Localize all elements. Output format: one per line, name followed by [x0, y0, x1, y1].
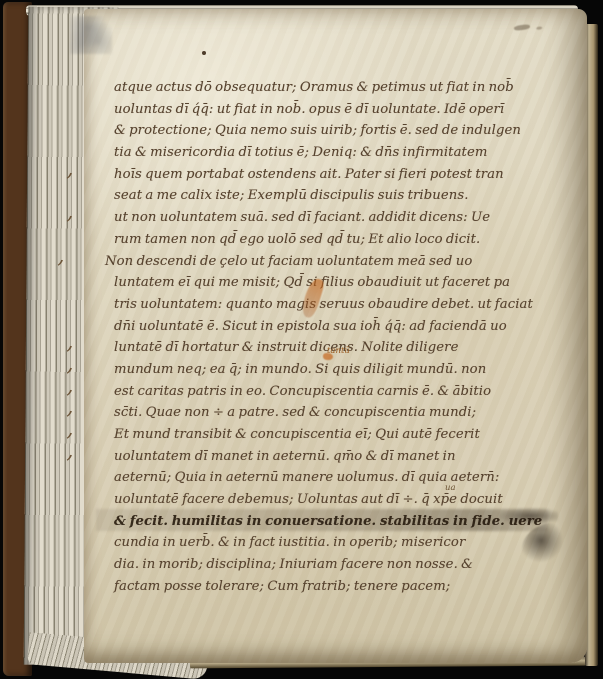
line-text: hoīs quem portabat ostendens ait. Pater … — [114, 167, 504, 182]
interlinear-gloss: ua — [445, 483, 456, 493]
line-text: & protectione; Quia nemo suis uirib; for… — [114, 123, 521, 138]
interlinear-gloss: tantū — [327, 346, 350, 356]
text-line: ,Non descendi de çelo ut faciam uoluntat… — [105, 249, 572, 271]
text-line: dn̄i uoluntatē ē. Sicut in epistola sua … — [114, 314, 572, 336]
text-line: ,Et mund transibit & concupiscentia eī; … — [114, 422, 572, 444]
ink-blot — [498, 508, 558, 524]
line-text: cundia in uerb̄. & in fact iustitia. in … — [114, 535, 465, 550]
text-line: ,uoluntatem dī manet in aeternū. qm̄o & … — [114, 444, 572, 466]
line-text: factam posse tolerare; Cum fratrib; tene… — [114, 579, 450, 594]
line-text: Non descendi de çelo ut faciam uoluntate… — [105, 254, 472, 269]
line-text: sc̄ti. Quae non ÷ a patre. sed & concupi… — [114, 405, 476, 420]
line-text: uoluntatem dī manet in aeternū. qm̄o & d… — [114, 449, 456, 464]
text-line: cundia in uerb̄. & in fact iustitia. in … — [114, 530, 572, 552]
line-text: aeternū; Quia in aeternū manere uolumus.… — [114, 470, 499, 485]
text-line: ,sc̄ti. Quae non ÷ a patre. sed & concup… — [114, 400, 572, 422]
line-text: uoluntatē facere debemus; Uoluntas aut d… — [114, 492, 503, 507]
line-text: ut non uoluntatem suā. sed dī faciant. a… — [114, 210, 490, 225]
text-line: ,hoīs quem portabat ostendens ait. Pater… — [114, 162, 572, 184]
line-text: mundum neq; ea q̄; in mundo. Si quis dil… — [114, 362, 486, 377]
line-text: dn̄i uoluntatē ē. Sicut in epistola sua … — [114, 319, 507, 334]
text-line: factam posse tolerare; Cum fratrib; tene… — [114, 574, 572, 596]
line-text: dia. in morib; disciplina; Iniuriam face… — [114, 557, 473, 572]
text-line: luntatem eī qui me misit; Qd̄ si filius … — [114, 270, 572, 292]
line-text: tris uoluntatem: quanto magis seruus oba… — [114, 297, 533, 312]
line-text: uoluntas dī q́q̄: ut fiat in nob̄. opus … — [114, 102, 504, 117]
manuscript-photo: atque actus dō obsequatur; Oramus & peti… — [0, 0, 603, 679]
line-text: tia & misericordia dī totius ē; Deniq: &… — [114, 145, 487, 160]
text-line: uoluntatē facere debemus; Uoluntas aut d… — [114, 487, 572, 509]
text-line: ,ut non uoluntatem suā. sed dī faciant. … — [114, 205, 572, 227]
parchment-page: atque actus dō obsequatur; Oramus & peti… — [84, 9, 587, 663]
text-line: tris uoluntatem: quanto magis seruus oba… — [114, 292, 572, 314]
line-text: Et mund transibit & concupiscentia eī; Q… — [114, 427, 480, 442]
pencil-dash — [514, 24, 531, 31]
text-line: tia & misericordia dī totius ē; Deniq: &… — [114, 140, 572, 162]
text-line: aeternū; Quia in aeternū manere uolumus.… — [114, 465, 572, 487]
ink-smudge — [96, 509, 548, 531]
text-line: uoluntas dī q́q̄: ut fiat in nob̄. opus … — [114, 97, 572, 119]
text-line: seat a me calix iste; Exemplū discipulis… — [114, 183, 572, 205]
line-text: atque actus dō obsequatur; Oramus & peti… — [114, 80, 514, 95]
line-text: rum tamen non qd̄ ego uolō sed qd̄ tu; E… — [114, 232, 480, 247]
line-text: luntatē dī hortatur & instruit dicens. N… — [114, 340, 458, 355]
ink-dot — [202, 51, 206, 55]
text-line: ,est caritas patris in eo. Concupiscenti… — [114, 379, 572, 401]
text-line: dia. in morib; disciplina; Iniuriam face… — [114, 552, 572, 574]
folio-number-smudge — [70, 16, 112, 54]
line-text: est caritas patris in eo. Concupiscentia… — [114, 384, 491, 399]
text-line: atque actus dō obsequatur; Oramus & peti… — [114, 75, 572, 97]
text-line: & protectione; Quia nemo suis uirib; for… — [114, 118, 572, 140]
text-line: rum tamen non qd̄ ego uolō sed qd̄ tu; E… — [114, 227, 572, 249]
line-text: seat a me calix iste; Exemplū discipulis… — [114, 188, 469, 203]
text-line: ,mundum neq; ea q̄; in mundo. Si quis di… — [114, 357, 572, 379]
